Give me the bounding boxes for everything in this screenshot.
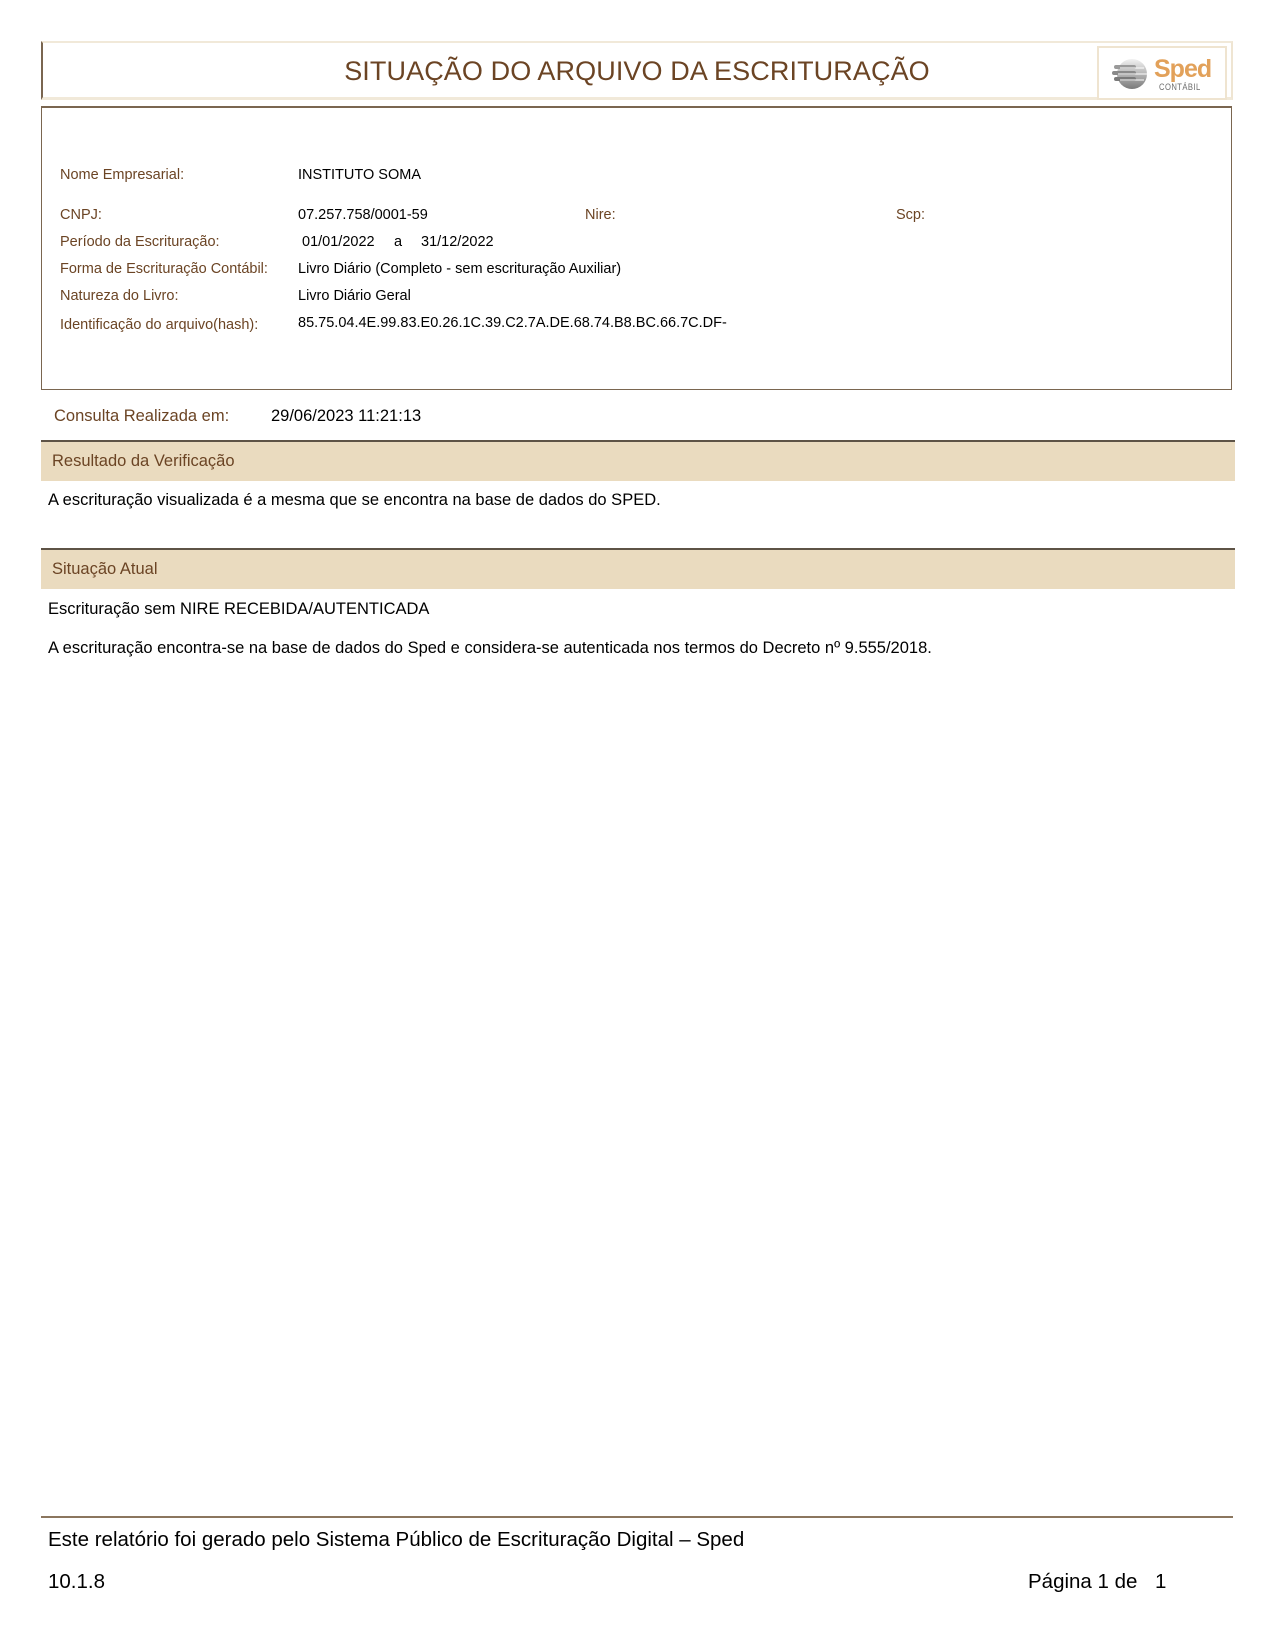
period-separator: a — [394, 234, 402, 250]
current-status-title: Situação Atual — [52, 560, 158, 579]
verification-result-title: Resultado da Verificação — [52, 452, 235, 471]
current-status-value: Escrituração sem NIRE RECEBIDA/AUTENTICA… — [48, 600, 429, 619]
bookkeeping-form-label: Forma de Escrituração Contábil: — [60, 261, 268, 277]
bookkeeping-info-box — [41, 106, 1232, 390]
company-name-value: INSTITUTO SOMA — [298, 167, 421, 183]
file-hash-label: Identificação do arquivo(hash): — [60, 317, 258, 333]
footer-divider — [41, 1516, 1233, 1518]
current-status-text: A escrituração encontra-se na base de da… — [48, 639, 932, 658]
period-end-value: 31/12/2022 — [421, 234, 494, 250]
verification-result-text: A escrituração visualizada é a mesma que… — [48, 491, 661, 510]
sped-contabil-logo: Sped CONTÁBIL — [1097, 46, 1227, 100]
cnpj-label: CNPJ: — [60, 207, 102, 223]
book-nature-label: Natureza do Livro: — [60, 288, 178, 304]
book-nature-value: Livro Diário Geral — [298, 288, 411, 304]
scp-label: Scp: — [896, 207, 925, 223]
nire-label: Nire: — [585, 207, 616, 223]
page-indicator-total: 1 — [1155, 1570, 1166, 1594]
sped-globe-icon — [1110, 57, 1150, 91]
query-date-value: 29/06/2023 11:21:13 — [271, 407, 421, 426]
footer-version: 10.1.8 — [48, 1570, 105, 1594]
period-start-value: 01/01/2022 — [302, 234, 375, 250]
logo-brand-text: Sped — [1154, 55, 1211, 84]
company-name-label: Nome Empresarial: — [60, 167, 184, 183]
page-title: SITUAÇÃO DO ARQUIVO DA ESCRITURAÇÃO — [41, 56, 1233, 87]
file-hash-value: 85.75.04.4E.99.83.E0.26.1C.39.C2.7A.DE.6… — [298, 315, 727, 331]
current-status-header: Situação Atual — [41, 550, 1235, 589]
page-indicator-label: Página 1 de — [1028, 1570, 1137, 1594]
query-date-label: Consulta Realizada em: — [54, 407, 229, 426]
footer-generated-by: Este relatório foi gerado pelo Sistema P… — [48, 1528, 744, 1552]
bookkeeping-form-value: Livro Diário (Completo - sem escrituraçã… — [298, 261, 621, 277]
cnpj-value: 07.257.758/0001-59 — [298, 207, 428, 223]
logo-subtitle-text: CONTÁBIL — [1159, 82, 1201, 92]
verification-result-header: Resultado da Verificação — [41, 442, 1235, 481]
period-label: Período da Escrituração: — [60, 234, 220, 250]
